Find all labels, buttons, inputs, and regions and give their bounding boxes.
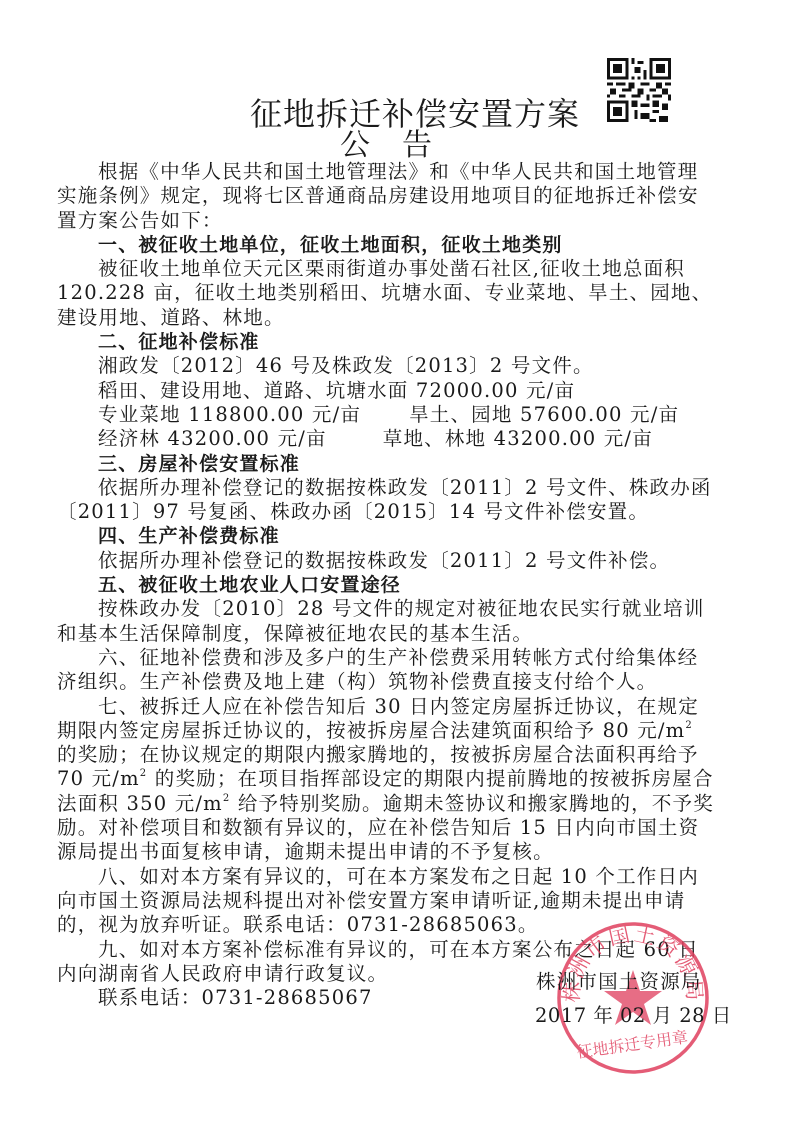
document-subtitle: 公告 (340, 130, 464, 162)
rate-label: 经济林 (98, 427, 160, 450)
rate-unit: 元/亩 (312, 403, 361, 426)
qr-code-icon (607, 58, 671, 122)
rate-value: 43200.00 (168, 427, 271, 450)
paragraph-line: 九、如对本方案补偿标准有异议的，可在本方案公布之日起 60 日 (57, 938, 722, 962)
paragraph-line: 八、如对本方案有异议的，可在本方案发布之日起 10 个工作日内 (57, 865, 722, 889)
paragraph-line: 湘政发〔2012〕46 号及株政发〔2013〕2 号文件。 (57, 354, 722, 378)
rate-unit: 元/亩 (630, 403, 679, 426)
paragraph-line: 〔2011〕97 号复函、株政办函〔2015〕14 号文件补偿安置。 (57, 500, 722, 524)
paragraph-line: 按株政办发〔2010〕28 号文件的规定对被征地农民实行就业培训 (57, 597, 722, 621)
rate-label: 旱土、园地 (409, 403, 513, 426)
document-body: 根据《中华人民共和国土地管理法》和《中华人民共和国土地管理 实施条例》规定，现将… (57, 160, 722, 1010)
section-heading: 四、生产补偿费标准 (57, 524, 722, 548)
paragraph-line: 向市国土资源局法规科提出对补偿安置方案申请听证,逾期未提出申请 (57, 889, 722, 913)
paragraph-line: 期限内签定房屋拆迁协议的，按被拆房屋合法建筑面积给予 80 元/m2 (57, 719, 722, 743)
rate-unit: 元/亩 (278, 427, 327, 450)
rate-label: 草地、林地 (383, 427, 487, 450)
rate-unit: 元/亩 (604, 427, 653, 450)
rate-line: 经济林 43200.00 元/亩草地、林地 43200.00 元/亩 (57, 427, 722, 451)
intro-line: 实施条例》规定，现将七区普通商品房建设用地项目的征地拆迁补偿安 (57, 184, 722, 208)
paragraph-line: 源局提出书面复核申请，逾期未提出申请的不予复核。 (57, 840, 722, 864)
paragraph-line: 依据所办理补偿登记的数据按株政发〔2011〕2 号文件补偿。 (57, 549, 722, 573)
intro-line: 置方案公告如下： (57, 209, 722, 233)
rate-value: 118800.00 (188, 403, 304, 426)
paragraph-line: 70 元/m2 的奖励；在项目指挥部设定的期限内提前腾地的按被拆房屋合 (57, 767, 722, 791)
section-heading: 二、征地补偿标准 (57, 330, 722, 354)
rate-label: 稻田、建设用地、道路、坑塘水面 (98, 379, 409, 402)
rate-value: 57600.00 (520, 403, 623, 426)
paragraph-line: 励。对补偿项目和数额有异议的，应在补偿告知后 15 日内向市国土资 (57, 816, 722, 840)
section-heading: 一、被征收土地单位，征收土地面积，征收土地类别 (57, 233, 722, 257)
rate-value: 43200.00 (494, 427, 597, 450)
paragraph-line: 六、征地补偿费和涉及多户的生产补偿费采用转帐方式付给集体经 (57, 646, 722, 670)
section-heading: 三、房屋补偿安置标准 (57, 452, 722, 476)
paragraph-line: 的奖励；在协议规定的期限内搬家腾地的，按被拆房屋合法面积再给予 (57, 743, 722, 767)
issue-date: 2017 年 02 月 28 日 (535, 1000, 732, 1028)
rate-label: 专业菜地 (98, 403, 181, 426)
rate-value: 72000.00 (416, 379, 519, 402)
svg-text:征地拆迁专用章: 征地拆迁专用章 (575, 1027, 689, 1061)
intro-line: 根据《中华人民共和国土地管理法》和《中华人民共和国土地管理 (57, 160, 722, 184)
paragraph-line: 建设用地、道路、林地。 (57, 306, 722, 330)
paragraph-line: 济组织。生产补偿费及地上建（构）筑物补偿费直接支付给个人。 (57, 670, 722, 694)
section-heading: 五、被征收土地农业人口安置途径 (57, 573, 722, 597)
paragraph-line: 法面积 350 元/m2 给予特别奖励。逾期未签协议和搬家腾地的，不予奖 (57, 792, 722, 816)
notice-page: 征地拆迁补偿安置方案 公告 根据《中华人民共和国土地管理法》和《中华人民共和国土… (0, 0, 800, 1136)
paragraph-line: 被征收土地单位天元区栗雨街道办事处凿石社区,征收土地总面积 (57, 257, 722, 281)
rate-unit: 元/亩 (526, 379, 575, 402)
paragraph-line: 的，视为放弃听证。联系电话：0731-28685063。 (57, 913, 722, 937)
rate-line: 稻田、建设用地、道路、坑塘水面 72000.00 元/亩 (57, 379, 722, 403)
issuer-name: 株洲市国土资源局 (536, 966, 702, 994)
paragraph-line: 和基本生活保障制度，保障被征地农民的基本生活。 (57, 622, 722, 646)
document-title: 征地拆迁补偿安置方案 (250, 96, 555, 132)
paragraph-line: 依据所办理补偿登记的数据按株政发〔2011〕2 号文件、株政办函 (57, 476, 722, 500)
rate-line: 专业菜地 118800.00 元/亩旱土、园地 57600.00 元/亩 (57, 403, 722, 427)
paragraph-line: 七、被拆迁人应在补偿告知后 30 日内签定房屋拆迁协议，在规定 (57, 695, 722, 719)
paragraph-line: 120.228 亩，征收土地类别稻田、坑塘水面、专业菜地、旱土、园地、 (57, 281, 722, 305)
